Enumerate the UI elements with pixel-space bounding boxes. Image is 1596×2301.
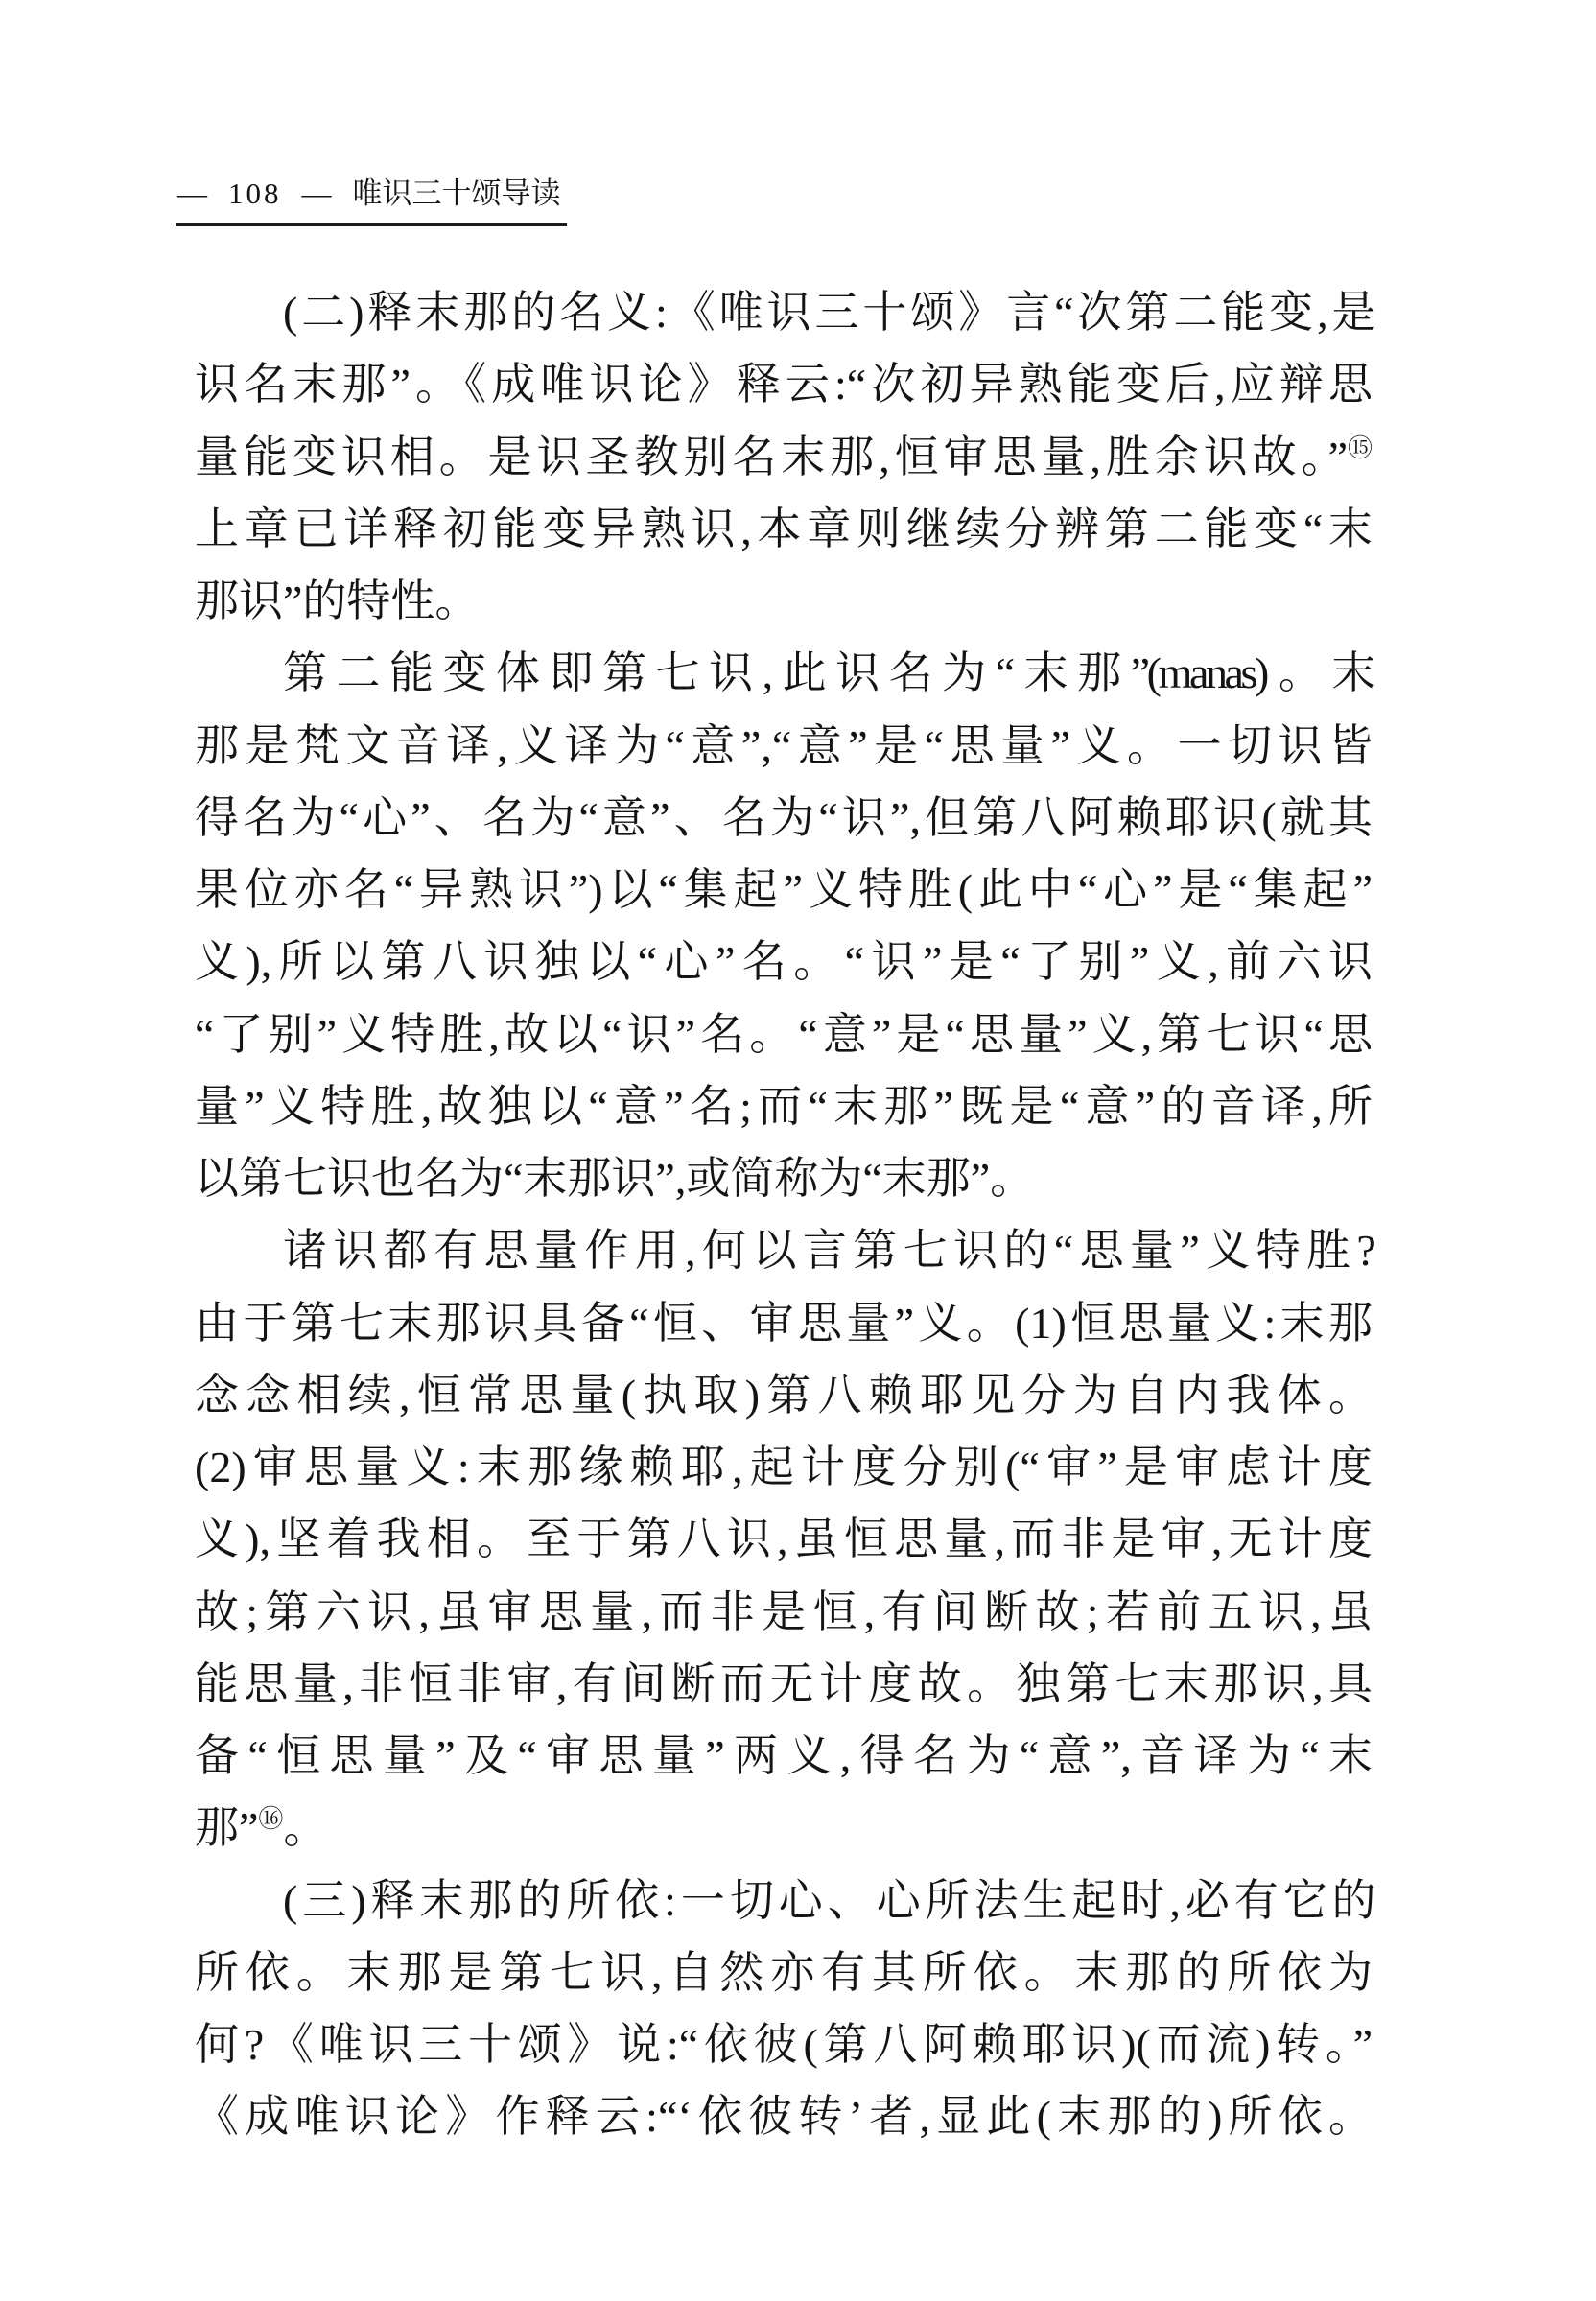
text-line: 那识”的特性。 xyxy=(195,565,1373,637)
page-number: 108 xyxy=(228,176,282,211)
text-line: (三)释末那的所依:一切心、心所法生起时,必有它的 xyxy=(195,1865,1373,1937)
footnote-marker: ⑮ xyxy=(1348,436,1373,461)
text-line: 果位亦名“异熟识”)以“集起”义特胜(此中“心”是“集起” xyxy=(195,854,1373,926)
text-line: 以第七识也名为“末那识”,或简称为“末那”。 xyxy=(195,1142,1373,1214)
text-line: 那是梵文音译,义译为“意”,“意”是“思量”义。一切识皆 xyxy=(195,710,1373,782)
text-line: 念念相续,恒常思量(执取)第八赖耶见分为自内我体。 xyxy=(195,1359,1373,1431)
text-line: 能思量,非恒非审,有间断而无计度故。独第七末那识,具 xyxy=(195,1648,1373,1720)
header-dash-right: — xyxy=(302,176,333,211)
text-line: 那”⑯。 xyxy=(195,1792,1373,1864)
text-line: 识名末那”。《成唯识论》释云:“次初异熟能变后,应辩思 xyxy=(195,348,1373,420)
body-text: (二)释末那的名义:《唯识三十颂》言“次第二能变,是识名末那”。《成唯识论》释云… xyxy=(195,276,1373,2153)
text-line: 故;第六识,虽审思量,而非是恒,有间断故;若前五识,虽 xyxy=(195,1576,1373,1648)
text-line: 《成唯识论》作释云:“‘依彼转’者,显此(末那的)所依。 xyxy=(195,2080,1373,2152)
text-line: (2)审思量义:末那缘赖耶,起计度分别(“审”是审虑计度 xyxy=(195,1431,1373,1503)
running-title: 唯识三十颂导读 xyxy=(353,169,561,212)
text-line: 义),所以第八识独以“心”名。“识”是“了别”义,前六识 xyxy=(195,926,1373,998)
text-line: 第二能变体即第七识,此识名为“末那”(manas)。末 xyxy=(195,637,1373,709)
text-line: 量能变识相。是识圣教别名末那,恒审思量,胜余识故。”⑮ xyxy=(195,421,1373,493)
text-line: 备“恒思量”及“审思量”两义,得名为“意”,音译为“末 xyxy=(195,1720,1373,1792)
text-line: 上章已详释初能变异熟识,本章则继续分辨第二能变“末 xyxy=(195,493,1373,565)
text-line: 得名为“心”、名为“意”、名为“识”,但第八阿赖耶识(就其 xyxy=(195,782,1373,854)
text-line: 量”义特胜,故独以“意”名;而“末那”既是“意”的音译,所 xyxy=(195,1070,1373,1142)
text-line: 义),坚着我相。至于第八识,虽恒思量,而非是审,无计度 xyxy=(195,1503,1373,1575)
text-line: 诸识都有思量作用,何以言第七识的“思量”义特胜? xyxy=(195,1214,1373,1286)
page-header: — 108 — 唯识三十颂导读 xyxy=(176,169,567,226)
footnote-marker: ⑯ xyxy=(258,1807,283,1832)
text-line: “了别”义特胜,故以“识”名。“意”是“思量”义,第七识“思 xyxy=(195,998,1373,1070)
book-page: — 108 — 唯识三十颂导读 (二)释末那的名义:《唯识三十颂》言“次第二能变… xyxy=(0,0,1596,2301)
text-line: 由于第七末那识具备“恒、审思量”义。(1)恒思量义:末那 xyxy=(195,1287,1373,1359)
text-line: 所依。末那是第七识,自然亦有其所依。末那的所依为 xyxy=(195,1937,1373,2008)
text-line: (二)释末那的名义:《唯识三十颂》言“次第二能变,是 xyxy=(195,276,1373,348)
header-dash-left: — xyxy=(177,176,208,211)
text-line: 何?《唯识三十颂》说:“依彼(第八阿赖耶识)(而流)转。” xyxy=(195,2008,1373,2080)
